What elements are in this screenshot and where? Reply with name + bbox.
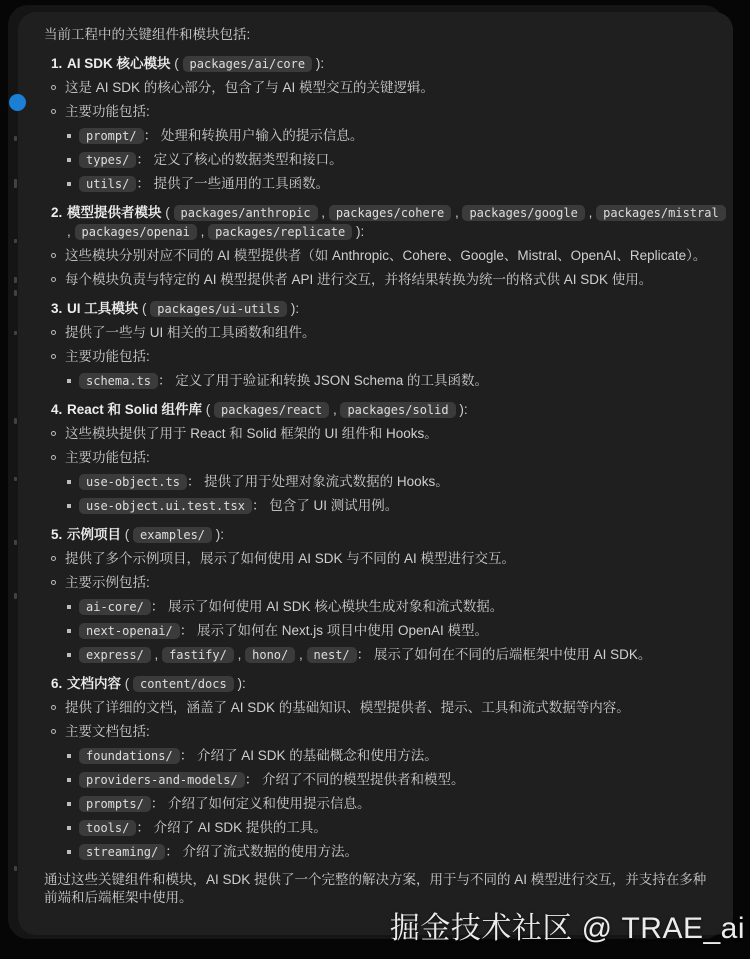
paren-close: ): [456,402,468,417]
sub-bullet-item: next-openai/： 展示了如何在 Next.js 项目中使用 OpenA… [67,622,729,640]
code-chip: packages/anthropic [174,205,318,221]
bullet-line: 主要功能包括: [51,348,729,366]
bullet-line: 每个模块负责与特定的 AI 模型提供者 API 进行交互，并将结果转换为统一的格… [51,271,729,289]
edge-artifact [14,540,17,545]
section-title: AI SDK 核心模块 [67,56,171,71]
section-heading: 4.React 和 Solid 组件库 ( packages/react , p… [51,400,729,419]
circle-bullet-icon [51,699,65,710]
section-item: 6.文档内容 ( content/docs ):提供了详细的文档，涵盖了 AI … [51,674,729,861]
section-title: React 和 Solid 组件库 [67,402,202,417]
sub-bullet-desc: ： 包含了 UI 测试用例。 [252,498,398,513]
section-title-line: 文档内容 ( content/docs ): [67,674,729,693]
section-title: 模型提供者模块 [67,205,162,220]
section-title-line: AI SDK 核心模块 ( packages/ai/core ): [67,54,729,73]
bullet-list: 这些模块提供了用于 React 和 Solid 框架的 UI 组件和 Hooks… [51,425,729,515]
bullet-item: 提供了多个示例项目，展示了如何使用 AI SDK 与不同的 AI 模型进行交互。 [51,550,729,568]
circle-bullet-icon [51,271,65,282]
sub-bullet-line: prompts/： 介绍了如何定义和使用提示信息。 [67,795,729,813]
sub-bullet-desc: ： 定义了核心的数据类型和接口。 [136,152,342,167]
edge-artifact [14,418,17,424]
message-panel: 当前工程中的关键组件和模块包括: 1.AI SDK 核心模块 ( package… [18,12,733,935]
square-bullet-icon [67,598,79,609]
sub-bullet-line: tools/： 介绍了 AI SDK 提供的工具。 [67,819,729,837]
section-item: 1.AI SDK 核心模块 ( packages/ai/core ):这是 AI… [51,54,729,193]
section-item: 2.模型提供者模块 ( packages/anthropic , package… [51,203,729,289]
code-separator: , [585,205,596,220]
paren-close: ): [287,301,299,316]
sub-bullet-text: types/： 定义了核心的数据类型和接口。 [79,151,729,169]
edge-artifact [14,239,17,243]
intro-paragraph: 当前工程中的关键组件和模块包括: [44,26,729,44]
bullet-text: 提供了详细的文档，涵盖了 AI SDK 的基础知识、模型提供者、提示、工具和流式… [65,699,729,717]
section-heading: 2.模型提供者模块 ( packages/anthropic , package… [51,203,729,241]
code-chip: packages/ai/core [183,56,313,72]
edge-artifact [14,477,17,481]
bullet-line: 提供了详细的文档，涵盖了 AI SDK 的基础知识、模型提供者、提示、工具和流式… [51,699,729,717]
section-number: 5. [51,525,67,544]
sub-bullet-item: types/： 定义了核心的数据类型和接口。 [67,151,729,169]
code-chip: packages/google [462,205,584,221]
edge-artifact [14,136,17,141]
square-bullet-icon [67,127,79,138]
square-bullet-icon [67,771,79,782]
bullet-item: 主要功能包括:use-object.ts： 提供了用于处理对象流式数据的 Hoo… [51,449,729,515]
sub-bullet-item: express/ , fastify/ , hono/ , nest/： 展示了… [67,646,729,664]
bullet-list: 这是 AI SDK 的核心部分，包含了与 AI 模型交互的关键逻辑。主要功能包括… [51,79,729,193]
bullet-text: 主要文档包括: [65,723,729,741]
sub-bullet-desc: ： 介绍了如何定义和使用提示信息。 [151,796,371,811]
code-chip: fastify/ [162,647,234,663]
code-chip: foundations/ [79,748,180,764]
bullet-text: 这些模块提供了用于 React 和 Solid 框架的 UI 组件和 Hooks… [65,425,729,443]
bullet-item: 每个模块负责与特定的 AI 模型提供者 API 进行交互，并将结果转换为统一的格… [51,271,729,289]
section-title-line: 示例项目 ( examples/ ): [67,525,729,544]
sub-bullet-desc: ： 介绍了 AI SDK 提供的工具。 [136,820,327,835]
section-number: 3. [51,299,67,318]
sub-bullet-desc: ： 介绍了流式数据的使用方法。 [165,844,358,859]
section-title: 文档内容 [67,676,121,691]
sub-bullet-text: utils/： 提供了一些通用的工具函数。 [79,175,729,193]
code-separator: , [318,205,329,220]
sub-bullet-desc: ： 展示了如何使用 AI SDK 核心模块生成对象和流式数据。 [151,599,504,614]
sub-bullet-line: use-object.ui.test.tsx： 包含了 UI 测试用例。 [67,497,729,515]
sub-bullet-item: ai-core/： 展示了如何使用 AI SDK 核心模块生成对象和流式数据。 [67,598,729,616]
section-heading: 6.文档内容 ( content/docs ): [51,674,729,693]
sub-bullet-line: next-openai/： 展示了如何在 Next.js 项目中使用 OpenA… [67,622,729,640]
sub-bullet-desc: ： 提供了一些通用的工具函数。 [136,176,329,191]
code-chip: streaming/ [79,844,165,860]
bullet-text: 主要功能包括: [65,103,729,121]
code-chip: utils/ [79,176,136,192]
paren-open: ( [121,676,133,691]
code-chip: use-object.ui.test.tsx [79,498,252,514]
code-chip: packages/replicate [208,224,352,240]
sub-bullet-text: streaming/： 介绍了流式数据的使用方法。 [79,843,729,861]
bullet-text: 这些模块分别对应不同的 AI 模型提供者（如 Anthropic、Cohere、… [65,247,729,265]
paren-close: ): [212,527,224,542]
square-bullet-icon [67,175,79,186]
bullet-item: 这是 AI SDK 的核心部分，包含了与 AI 模型交互的关键逻辑。 [51,79,729,97]
bullet-line: 提供了一些与 UI 相关的工具函数和组件。 [51,324,729,342]
sub-bullet-desc: ： 介绍了 AI SDK 的基础概念和使用方法。 [180,748,438,763]
circle-bullet-icon [51,449,65,460]
sub-bullet-list: foundations/： 介绍了 AI SDK 的基础概念和使用方法。prov… [51,747,729,861]
bullet-text: 这是 AI SDK 的核心部分，包含了与 AI 模型交互的关键逻辑。 [65,79,729,97]
bullet-list: 提供了一些与 UI 相关的工具函数和组件。主要功能包括:schema.ts： 定… [51,324,729,390]
code-separator: , [151,647,162,662]
square-bullet-icon [67,372,79,383]
edge-artifact [14,593,17,599]
code-chip: packages/cohere [329,205,451,221]
sub-bullet-desc: ： 提供了用于处理对象流式数据的 Hooks。 [187,474,449,489]
code-separator: , [451,205,462,220]
section-item: 4.React 和 Solid 组件库 ( packages/react , p… [51,400,729,515]
sub-bullet-item: streaming/： 介绍了流式数据的使用方法。 [67,843,729,861]
code-chip: schema.ts [79,373,158,389]
bullet-item: 这些模块分别对应不同的 AI 模型提供者（如 Anthropic、Cohere、… [51,247,729,265]
code-chip: hono/ [245,647,295,663]
code-chip: packages/mistral [596,205,726,221]
sub-bullet-text: use-object.ts： 提供了用于处理对象流式数据的 Hooks。 [79,473,729,491]
sub-bullet-text: schema.ts： 定义了用于验证和转换 JSON Schema 的工具函数。 [79,372,729,390]
sub-bullet-desc: ： 定义了用于验证和转换 JSON Schema 的工具函数。 [158,373,488,388]
message-content: 当前工程中的关键组件和模块包括: 1.AI SDK 核心模块 ( package… [18,12,733,907]
code-chip: providers-and-models/ [79,772,245,788]
sub-bullet-desc: ： 展示了如何在不同的后端框架中使用 AI SDK。 [357,647,652,662]
code-chip: content/docs [133,676,234,692]
code-chip: ai-core/ [79,599,151,615]
code-separator: , [295,647,306,662]
sub-bullet-text: prompt/： 处理和转换用户输入的提示信息。 [79,127,729,145]
code-chip: express/ [79,647,151,663]
section-item: 3.UI 工具模块 ( packages/ui-utils ):提供了一些与 U… [51,299,729,390]
bullet-list: 提供了多个示例项目，展示了如何使用 AI SDK 与不同的 AI 模型进行交互。… [51,550,729,664]
square-bullet-icon [67,151,79,162]
sub-bullet-item: schema.ts： 定义了用于验证和转换 JSON Schema 的工具函数。 [67,372,729,390]
section-number: 6. [51,674,67,693]
bullet-text: 提供了一些与 UI 相关的工具函数和组件。 [65,324,729,342]
paren-open: ( [121,527,133,542]
bullet-item: 主要功能包括:schema.ts： 定义了用于验证和转换 JSON Schema… [51,348,729,390]
bullet-text: 主要功能包括: [65,449,729,467]
square-bullet-icon [67,622,79,633]
section-title-line: React 和 Solid 组件库 ( packages/react , pac… [67,400,729,419]
sub-bullet-line: use-object.ts： 提供了用于处理对象流式数据的 Hooks。 [67,473,729,491]
sub-bullet-list: prompt/： 处理和转换用户输入的提示信息。types/： 定义了核心的数据… [51,127,729,193]
section-number: 4. [51,400,67,419]
code-chip: packages/react [214,402,329,418]
sub-bullet-line: schema.ts： 定义了用于验证和转换 JSON Schema 的工具函数。 [67,372,729,390]
sub-bullet-text: foundations/： 介绍了 AI SDK 的基础概念和使用方法。 [79,747,729,765]
bullet-item: 主要示例包括:ai-core/： 展示了如何使用 AI SDK 核心模块生成对象… [51,574,729,664]
square-bullet-icon [67,843,79,854]
section-heading: 5.示例项目 ( examples/ ): [51,525,729,544]
paren-close: ): [352,224,364,239]
square-bullet-icon [67,747,79,758]
circle-bullet-icon [51,79,65,90]
sub-bullet-line: providers-and-models/： 介绍了不同的模型提供者和模型。 [67,771,729,789]
sub-bullet-line: ai-core/： 展示了如何使用 AI SDK 核心模块生成对象和流式数据。 [67,598,729,616]
sub-bullet-line: foundations/： 介绍了 AI SDK 的基础概念和使用方法。 [67,747,729,765]
circle-bullet-icon [51,550,65,561]
sub-bullet-text: express/ , fastify/ , hono/ , nest/： 展示了… [79,646,729,664]
bullet-item: 主要功能包括:prompt/： 处理和转换用户输入的提示信息。types/： 定… [51,103,729,193]
paren-close: ): [234,676,246,691]
bullet-line: 这些模块分别对应不同的 AI 模型提供者（如 Anthropic、Cohere、… [51,247,729,265]
circle-bullet-icon [51,324,65,335]
bullet-line: 这些模块提供了用于 React 和 Solid 框架的 UI 组件和 Hooks… [51,425,729,443]
edge-artifact [14,179,17,188]
sub-bullet-item: prompt/： 处理和转换用户输入的提示信息。 [67,127,729,145]
code-chip: examples/ [133,527,212,543]
circle-bullet-icon [51,103,65,114]
edge-artifact [14,866,17,871]
square-bullet-icon [67,819,79,830]
watermark: 掘金技术社区 @ TRAE_ai [390,903,745,947]
paren-open: ( [138,301,150,316]
sub-bullet-text: next-openai/： 展示了如何在 Next.js 项目中使用 OpenA… [79,622,729,640]
code-chip: use-object.ts [79,474,187,490]
bullet-item: 提供了详细的文档，涵盖了 AI SDK 的基础知识、模型提供者、提示、工具和流式… [51,699,729,717]
code-chip: next-openai/ [79,623,180,639]
edge-artifact [14,331,17,335]
bullet-text: 主要功能包括: [65,348,729,366]
bullet-line: 主要功能包括: [51,449,729,467]
code-chip: packages/solid [340,402,455,418]
bullet-list: 提供了详细的文档，涵盖了 AI SDK 的基础知识、模型提供者、提示、工具和流式… [51,699,729,861]
paren-open: ( [202,402,214,417]
sub-bullet-item: use-object.ts： 提供了用于处理对象流式数据的 Hooks。 [67,473,729,491]
sub-bullet-text: tools/： 介绍了 AI SDK 提供的工具。 [79,819,729,837]
bullet-text: 提供了多个示例项目，展示了如何使用 AI SDK 与不同的 AI 模型进行交互。 [65,550,729,568]
bullet-text: 主要示例包括: [65,574,729,592]
circle-bullet-icon [51,723,65,734]
edge-artifact [14,290,17,296]
section-heading: 1.AI SDK 核心模块 ( packages/ai/core ): [51,54,729,73]
sub-bullet-line: utils/： 提供了一些通用的工具函数。 [67,175,729,193]
code-separator: , [329,402,340,417]
code-chip: types/ [79,152,136,168]
edge-artifact [14,277,17,283]
sub-bullet-desc: ： 处理和转换用户输入的提示信息。 [144,128,364,143]
section-number: 2. [51,203,67,222]
code-separator: , [67,224,75,239]
section-heading: 3.UI 工具模块 ( packages/ui-utils ): [51,299,729,318]
section-title-line: UI 工具模块 ( packages/ui-utils ): [67,299,729,318]
section-item: 5.示例项目 ( examples/ ):提供了多个示例项目，展示了如何使用 A… [51,525,729,664]
code-separator: , [234,647,245,662]
sub-bullet-line: types/： 定义了核心的数据类型和接口。 [67,151,729,169]
bullet-line: 主要功能包括: [51,103,729,121]
circle-bullet-icon [51,574,65,585]
sub-bullet-item: tools/： 介绍了 AI SDK 提供的工具。 [67,819,729,837]
bullet-item: 这些模块提供了用于 React 和 Solid 框架的 UI 组件和 Hooks… [51,425,729,443]
outro-paragraph: 通过这些关键组件和模块，AI SDK 提供了一个完整的解决方案，用于与不同的 A… [44,871,729,907]
sub-bullet-line: prompt/： 处理和转换用户输入的提示信息。 [67,127,729,145]
code-chip: tools/ [79,820,136,836]
sub-bullet-item: prompts/： 介绍了如何定义和使用提示信息。 [67,795,729,813]
circle-bullet-icon [51,247,65,258]
bullet-list: 这些模块分别对应不同的 AI 模型提供者（如 Anthropic、Cohere、… [51,247,729,289]
square-bullet-icon [67,473,79,484]
code-chip: nest/ [307,647,357,663]
section-number: 1. [51,54,67,73]
sub-bullet-desc: ： 展示了如何在 Next.js 项目中使用 OpenAI 模型。 [180,623,488,638]
bullet-item: 提供了一些与 UI 相关的工具函数和组件。 [51,324,729,342]
code-chip: packages/ui-utils [150,301,287,317]
sub-bullet-text: ai-core/： 展示了如何使用 AI SDK 核心模块生成对象和流式数据。 [79,598,729,616]
paren-close: ): [312,56,324,71]
square-bullet-icon [67,646,79,657]
sub-bullet-item: utils/： 提供了一些通用的工具函数。 [67,175,729,193]
sub-bullet-item: providers-and-models/： 介绍了不同的模型提供者和模型。 [67,771,729,789]
sub-bullet-text: use-object.ui.test.tsx： 包含了 UI 测试用例。 [79,497,729,515]
sub-bullet-item: use-object.ui.test.tsx： 包含了 UI 测试用例。 [67,497,729,515]
sub-bullet-line: streaming/： 介绍了流式数据的使用方法。 [67,843,729,861]
chat-message-screen: 当前工程中的关键组件和模块包括: 1.AI SDK 核心模块 ( package… [0,0,750,959]
sub-bullet-list: ai-core/： 展示了如何使用 AI SDK 核心模块生成对象和流式数据。n… [51,598,729,664]
sub-bullet-text: prompts/： 介绍了如何定义和使用提示信息。 [79,795,729,813]
circle-bullet-icon [51,348,65,359]
bullet-item: 主要文档包括:foundations/： 介绍了 AI SDK 的基础概念和使用… [51,723,729,861]
section-title: UI 工具模块 [67,301,138,316]
bullet-line: 提供了多个示例项目，展示了如何使用 AI SDK 与不同的 AI 模型进行交互。 [51,550,729,568]
sub-bullet-desc: ： 介绍了不同的模型提供者和模型。 [245,772,465,787]
bullet-text: 每个模块负责与特定的 AI 模型提供者 API 进行交互，并将结果转换为统一的格… [65,271,729,289]
sub-bullet-list: use-object.ts： 提供了用于处理对象流式数据的 Hooks。use-… [51,473,729,515]
section-title: 示例项目 [67,527,121,542]
sub-bullet-item: foundations/： 介绍了 AI SDK 的基础概念和使用方法。 [67,747,729,765]
code-separator: , [197,224,208,239]
code-chip: prompt/ [79,128,144,144]
sub-bullet-list: schema.ts： 定义了用于验证和转换 JSON Schema 的工具函数。 [51,372,729,390]
bullet-line: 主要文档包括: [51,723,729,741]
circle-bullet-icon [51,425,65,436]
code-chip: packages/openai [75,224,197,240]
section-title-line: 模型提供者模块 ( packages/anthropic , packages/… [67,203,729,241]
paren-open: ( [162,205,174,220]
bullet-line: 这是 AI SDK 的核心部分，包含了与 AI 模型交互的关键逻辑。 [51,79,729,97]
component-list: 1.AI SDK 核心模块 ( packages/ai/core ):这是 AI… [44,54,729,861]
square-bullet-icon [67,795,79,806]
paren-open: ( [171,56,183,71]
square-bullet-icon [67,497,79,508]
sub-bullet-line: express/ , fastify/ , hono/ , nest/： 展示了… [67,646,729,664]
bullet-line: 主要示例包括: [51,574,729,592]
sub-bullet-text: providers-and-models/： 介绍了不同的模型提供者和模型。 [79,771,729,789]
code-chip: prompts/ [79,796,151,812]
blue-indicator-icon [9,94,26,111]
